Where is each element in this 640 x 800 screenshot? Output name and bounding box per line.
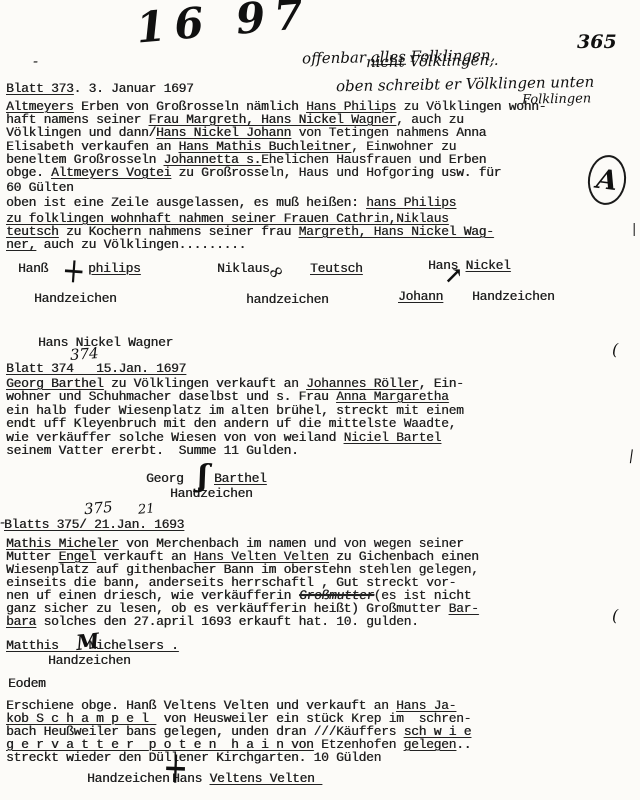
signature-label: Handzeichen [34, 292, 117, 305]
hand-mark-m-michelsers: M [75, 628, 101, 655]
handwritten-note-line2: nicht Völklingen,. [366, 51, 499, 71]
typed-text: obge. [6, 165, 51, 180]
typed-text: Georg [146, 471, 191, 486]
edge-tick: | [628, 448, 635, 465]
typed-text: Eodem [8, 676, 46, 691]
typed-text-underlined: Hans Nickel Johann [156, 125, 291, 140]
typed-text: streckt wieder den Düllener Kirchgarten.… [6, 750, 381, 765]
typed-text: oben ist eine Zeile ausgelassen, es muß … [6, 195, 366, 210]
page-number: 365 [577, 31, 617, 53]
typed-text: handzeichen [246, 292, 329, 307]
margin-paren: ( [612, 340, 618, 359]
handwritten-folio-374: 374 [69, 344, 99, 364]
typed-line: ner, auch zu Völklingen......... [6, 238, 246, 251]
hand-mark-cross-philips: + [61, 249, 87, 292]
typed-text-underlined: ner, [6, 237, 36, 252]
signature-hans-veltens-velten: Hans Veltens Velten [172, 772, 322, 785]
typed-text: wohner und Schuhmacher daselbst und s. F… [6, 389, 336, 404]
heading-eodem: Eodem [8, 677, 46, 690]
signature-georg-barthel: Barthel [214, 472, 267, 485]
typed-text-underlined: Blatt 374 15.Jan. 1697 [6, 361, 186, 376]
edge-tick: | [632, 222, 636, 237]
typed-text-underlined: bara [6, 614, 36, 629]
typed-text: . 3. Januar 1697 [74, 81, 194, 96]
signature-label: Handzeichen [87, 772, 170, 785]
signature-hans-philips: Hanß [18, 262, 48, 275]
signature-label: Handzeichen [48, 654, 131, 667]
typed-line: Völklingen und dann/Hans Nickel Johann v… [6, 126, 486, 139]
typed-text-underlined: Nickel [466, 258, 511, 273]
handwritten-folio-375: 375 [83, 498, 113, 518]
typed-text-underlined: Blatts 375/ 21.Jan. 1693 [4, 517, 184, 532]
typed-text: Handzeichen [170, 486, 253, 501]
typed-text: Völklingen und dann/ [6, 125, 156, 140]
typed-line: oben ist eine Zeile ausgelassen, es muß … [6, 196, 456, 209]
typed-text-underlined: Johann [398, 289, 443, 304]
signature-label: Handzeichen [170, 487, 253, 500]
typed-text: solches den 27.april 1693 erkauft hat. 1… [36, 614, 419, 629]
typed-text: Niklaus [217, 261, 270, 276]
heading-blatt-374: Blatt 374 15.Jan. 1697 [6, 362, 186, 375]
typed-text: Handzeichen [472, 289, 555, 304]
heading-blatt-373: Blatt 373. 3. Januar 1697 [6, 82, 194, 95]
typed-line: streckt wieder den Düllener Kirchgarten.… [6, 751, 381, 764]
typed-text: endt uff Kleyenbruch mit den andern uf d… [6, 416, 456, 431]
stray-dash: - [33, 52, 38, 70]
typed-text-underlined: Blatt 373 [6, 81, 74, 96]
typed-text-underlined: Veltens Velten [210, 771, 323, 786]
signature-label: handzeichen [246, 293, 329, 306]
typed-text-underlined: Barthel [214, 471, 267, 486]
typed-line: 60 Gülten [6, 181, 74, 194]
signature-georg-barthel: Georg [146, 472, 191, 485]
typed-text: seinem Vatter ererbt. Summe 11 Gulden. [6, 443, 299, 458]
typed-line: bara solches den 27.april 1693 erkauft h… [6, 615, 419, 628]
typed-text-underlined: hans Philips [366, 195, 456, 210]
typed-text-underlined: Altmeyers Vogtei [51, 165, 171, 180]
typed-text: 60 Gülten [6, 180, 74, 195]
typed-line: Hans Nickel Wagner [38, 336, 173, 349]
signature-label: Handzeichen [472, 290, 555, 303]
signature-hans-nickel: Johann [398, 290, 443, 303]
typed-line: obge. Altmeyers Vogtei zu Großrosseln, H… [6, 166, 501, 179]
stray-dash: - [0, 513, 5, 531]
margin-paren: ( [612, 606, 618, 625]
signature-niklaus-teutsch: Teutsch [310, 262, 363, 275]
note-text: offenbar [302, 48, 371, 67]
margin-letter-a: A [585, 153, 629, 207]
handwritten-folio-21: 21 [137, 501, 155, 517]
signature-hans-nickel: Hans Nickel [428, 259, 511, 272]
typed-text: Handzeichen [48, 653, 131, 668]
typed-text-underlined: Teutsch [310, 261, 363, 276]
typed-line: endt uff Kleyenbruch mit den andern uf d… [6, 417, 456, 430]
typed-text-underlined: philips [88, 261, 141, 276]
typed-text-underlined: Margreth, Hans Nickel Wag- [299, 224, 494, 239]
typed-text-underlined: Michelsers . [89, 638, 179, 653]
typed-text: Hans Nickel Wagner [38, 335, 173, 350]
hand-mark-arrow-nickel: ↗ [444, 262, 463, 289]
typed-text-underlined: Anna Margaretha [336, 389, 449, 404]
typed-text: Handzeichen [34, 291, 117, 306]
typed-text: Hanß [18, 261, 48, 276]
typed-text: Handzeichen [87, 771, 170, 786]
typed-text-underlined: Bar- [449, 601, 479, 616]
heading-blatt-375: Blatts 375/ 21.Jan. 1693 [4, 518, 184, 531]
typed-line: seinem Vatter ererbt. Summe 11 Gulden. [6, 444, 299, 457]
signature-hans-philips: philips [88, 262, 141, 275]
signature-niklaus-teutsch: Niklaus [217, 262, 270, 275]
typed-text: von Tetingen nahmens Anna [291, 125, 486, 140]
hand-mark-flourish-barthel: ʃ [198, 459, 208, 494]
typed-line: wohner und Schuhmacher daselbst und s. F… [6, 390, 449, 403]
hand-mark-loop-teutsch: ∞ [264, 259, 288, 286]
hand-mark-cross-velten: + [162, 742, 189, 795]
typed-text-underlined: gelegen [404, 737, 457, 752]
typed-text: zu Großrosseln, Haus und Hofgoring usw. … [171, 165, 501, 180]
typed-text: .. [456, 737, 471, 752]
scanned-document-page: 16 97 offenbar alles Folklingen, nicht V… [0, 0, 640, 800]
typed-text-underlined: Matthis [6, 638, 66, 653]
typed-text-underlined: Niciel Bartel [344, 430, 442, 445]
